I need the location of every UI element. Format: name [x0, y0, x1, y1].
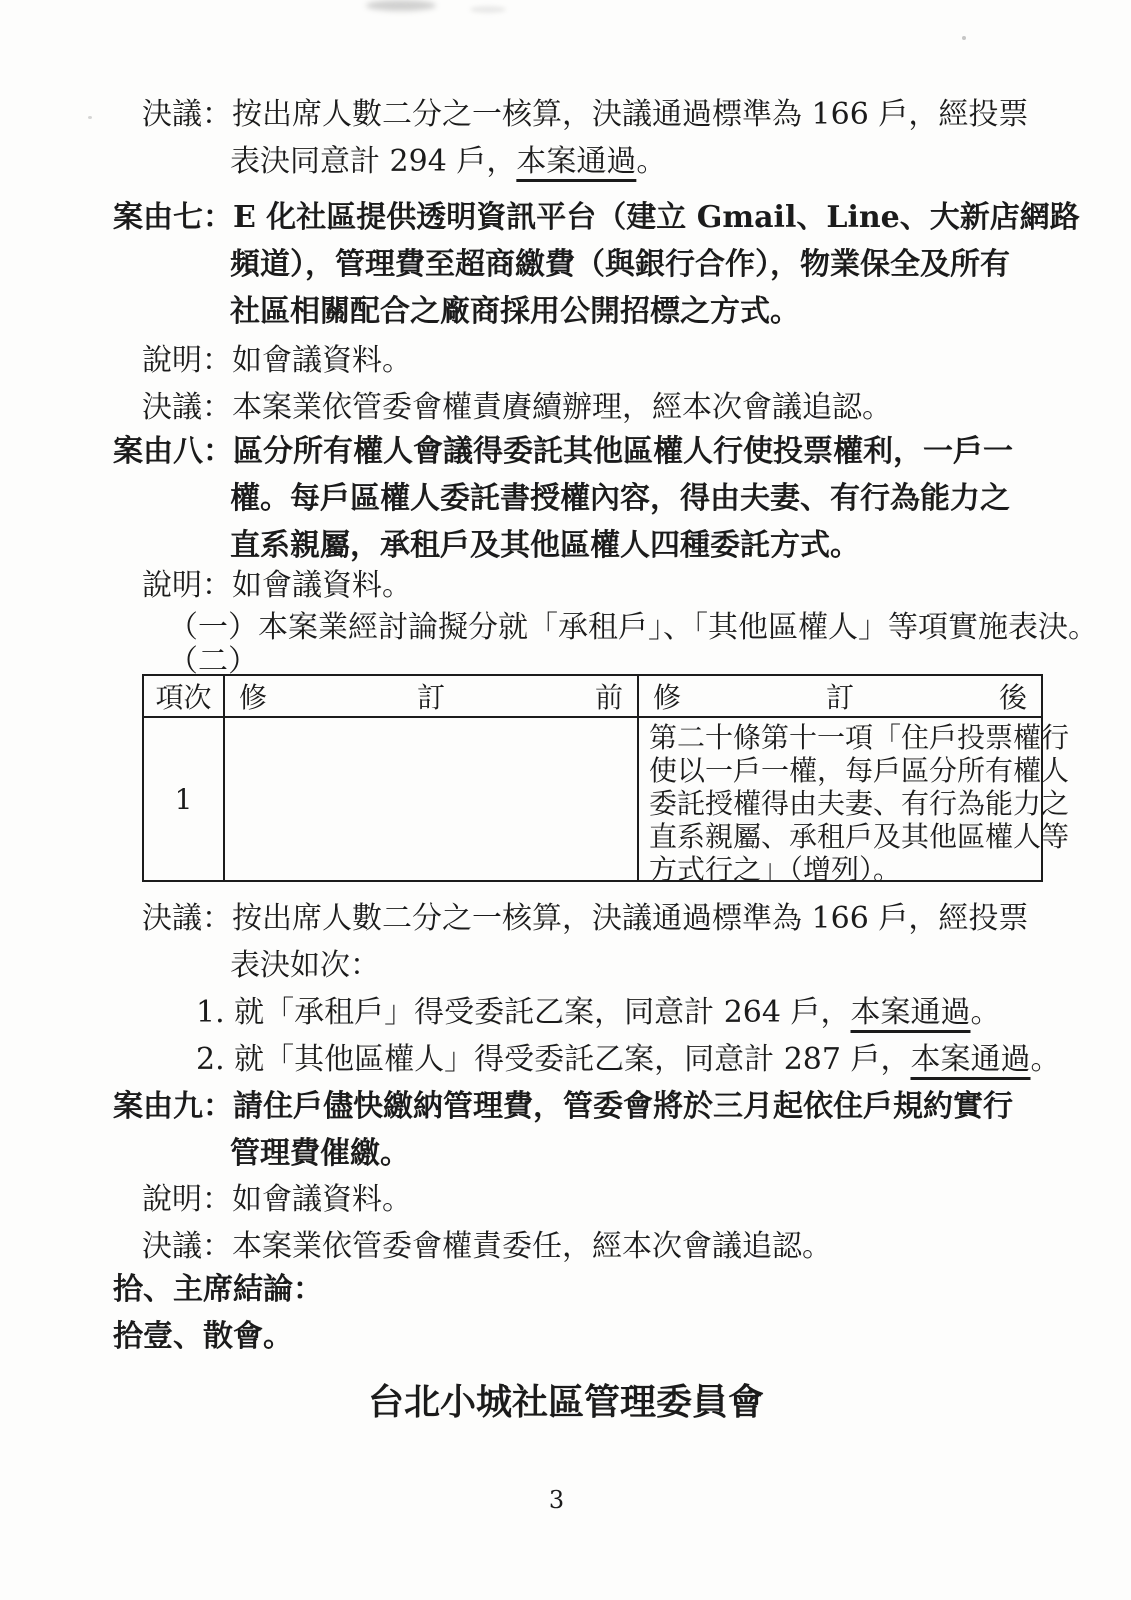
scan-artifact-smudge — [470, 6, 506, 13]
case7-line: 頻道），管理費至超商繳費（與銀行合作），物業保全及所有 — [0, 241, 1131, 288]
underlined-passed-text: 本案通過 — [516, 144, 636, 179]
header-cell-after: 修訂後 — [639, 676, 1041, 716]
underlined-passed-text: 本案通過 — [911, 1042, 1031, 1077]
scanned-minutes-page: 決議：按出席人數二分之一核算，決議通過標準為 166 戶，經投票 表決同意計 2… — [0, 0, 1131, 1600]
explain-line: 說明：如會議資料。 — [0, 1176, 1131, 1223]
case9-line: 案由九：請住戶儘快繳納管理費，管委會將於三月起依住戶規約實行 — [0, 1083, 1131, 1130]
case8-line: 權。每戶區權人委託書授權內容，得由夫妻、有行為能力之 — [0, 475, 1131, 522]
resolution-label: 決議： — [142, 97, 232, 132]
resolution-label: 決議： — [142, 901, 232, 936]
explain-label: 說明： — [142, 1182, 232, 1217]
resolution-label: 決議： — [142, 390, 232, 425]
case7-line: 社區相關配合之廠商採用公開招標之方式。 — [0, 288, 1131, 335]
header-cell-before: 修訂前 — [225, 676, 639, 716]
resolution-label: 決議： — [142, 1229, 232, 1264]
row-cell-after: 第二十條第十一項「住戶投票權行 使以一戶一權，每戶區分所有權人 委託授權得由夫妻… — [639, 718, 1075, 880]
resolution-line: 決議：按出席人數二分之一核算，決議通過標準為 166 戶，經投票 — [0, 91, 1131, 138]
case7-paragraph: 案由七：E 化社區提供透明資訊平台（建立 Gmail、Line、大新店網路 頻道… — [0, 194, 1131, 335]
committee-name: 台北小城社區管理委員會 — [368, 1374, 764, 1425]
chairman-conclusion-line: 拾、主席結論： — [0, 1266, 1131, 1313]
case8-label: 案由八： — [113, 434, 233, 469]
underlined-passed-text: 本案通過 — [851, 995, 971, 1030]
case9-paragraph: 案由九：請住戶儘快繳納管理費，管委會將於三月起依住戶規約實行 管理費催繳。 — [0, 1083, 1131, 1177]
row-cell-before — [225, 718, 639, 880]
vote-item-1: 1. 就「承租戶」得受委託乙案，同意計 264 戶，本案通過。 — [0, 989, 1131, 1036]
explain-label: 說明： — [142, 343, 232, 378]
resolution-text: 按出席人數二分之一核算，決議通過標準為 166 戶，經投票 — [232, 97, 1028, 132]
explain-label: 說明： — [142, 568, 232, 603]
resolution-line: 表決如次： — [0, 942, 1131, 989]
explain-line: 說明：如會議資料。 — [0, 562, 1131, 609]
case8-explain: 說明：如會議資料。 — [0, 562, 1131, 609]
amendment-table-header: 項次 修訂前 修訂後 — [144, 676, 1041, 718]
amendment-table: 項次 修訂前 修訂後 1 第二十條第十一項「住戶投票權行 使以一戶一權，每戶區分… — [142, 674, 1043, 882]
case9-line: 管理費催繳。 — [0, 1130, 1131, 1177]
case9-explain-resolution: 說明：如會議資料。 決議：本案業依管委會權責委任，經本次會議追認。 — [0, 1176, 1131, 1270]
amendment-table-row: 1 第二十條第十一項「住戶投票權行 使以一戶一權，每戶區分所有權人 委託授權得由… — [144, 718, 1041, 880]
resolution-line: 決議：本案業依管委會權責委任，經本次會議追認。 — [0, 1223, 1131, 1270]
resolution-line: 決議：按出席人數二分之一核算，決議通過標準為 166 戶，經投票 — [0, 895, 1131, 942]
case7-label: 案由七： — [113, 200, 233, 235]
resolution-case6: 決議：按出席人數二分之一核算，決議通過標準為 166 戶，經投票 表決同意計 2… — [0, 91, 1131, 185]
adjournment-line: 拾壹、散會。 — [0, 1313, 1131, 1360]
header-cell-index: 項次 — [144, 676, 225, 716]
case8-line: 案由八：區分所有權人會議得委託其他區權人行使投票權利，一戶一 — [0, 428, 1131, 475]
resolution-line: 決議：本案業依管委會權責賡續辦理，經本次會議追認。 — [0, 384, 1131, 431]
resolution-line: 表決同意計 294 戶，本案通過。 — [0, 138, 1131, 185]
case7-line: 案由七：E 化社區提供透明資訊平台（建立 Gmail、Line、大新店網路 — [0, 194, 1131, 241]
resolution-case8: 決議：按出席人數二分之一核算，決議通過標準為 166 戶，經投票 表決如次： 1… — [0, 895, 1131, 1083]
explain-line: 說明：如會議資料。 — [0, 337, 1131, 384]
closing-items: 拾、主席結論： 拾壹、散會。 — [0, 1266, 1131, 1360]
page-number: 3 — [0, 1486, 1113, 1514]
case8-paragraph: 案由八：區分所有權人會議得委託其他區權人行使投票權利，一戶一 權。每戶區權人委託… — [0, 428, 1131, 569]
row-cell-index: 1 — [144, 718, 225, 880]
case9-label: 案由九： — [113, 1089, 233, 1124]
case7-explain-resolution: 說明：如會議資料。 決議：本案業依管委會權責賡續辦理，經本次會議追認。 — [0, 337, 1131, 431]
scan-artifact-speck — [962, 36, 966, 40]
scan-artifact-smudge — [366, 0, 436, 11]
vote-item-2: 2. 就「其他區權人」得受委託乙案，同意計 287 戶，本案通過。 — [0, 1036, 1131, 1083]
